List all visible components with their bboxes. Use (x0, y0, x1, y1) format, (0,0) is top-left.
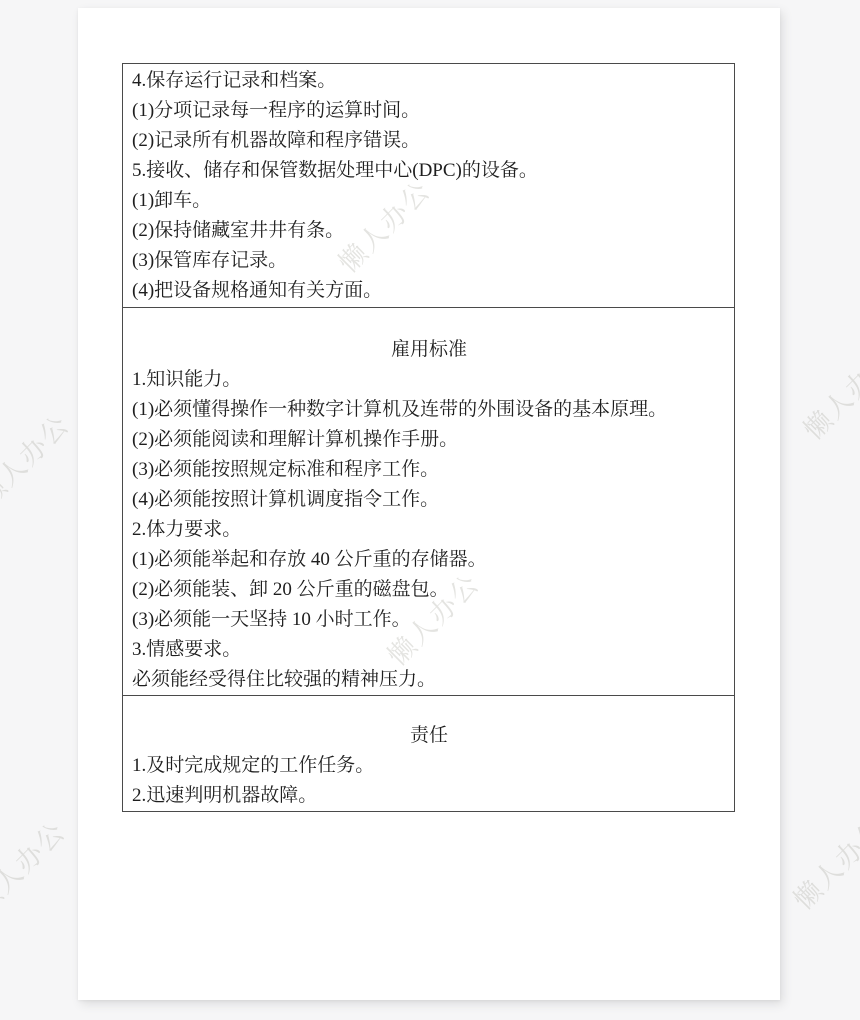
text-line: 2.体力要求。 (132, 515, 726, 545)
section-lines: 1.及时完成规定的工作任务。2.迅速判明机器故障。 (132, 751, 726, 811)
text-line: 必须能经受得住比较强的精神压力。 (132, 665, 726, 695)
document-page: 4.保存运行记录和档案。(1)分项记录每一程序的运算时间。(2)记录所有机器故障… (78, 8, 780, 1000)
text-line: (3)保管库存记录。 (132, 246, 726, 276)
text-line: 5.接收、储存和保管数据处理中心(DPC)的设备。 (132, 156, 726, 186)
section-duties-continued: 4.保存运行记录和档案。(1)分项记录每一程序的运算时间。(2)记录所有机器故障… (123, 64, 734, 307)
section-employment-standards: 雇用标准 1.知识能力。(1)必须懂得操作一种数字计算机及连带的外围设备的基本原… (123, 307, 734, 695)
text-line: (2)必须能阅读和理解计算机操作手册。 (132, 425, 726, 455)
text-line: (1)卸车。 (132, 186, 726, 216)
text-line: (3)必须能按照规定标准和程序工作。 (132, 455, 726, 485)
section-lines: 1.知识能力。(1)必须懂得操作一种数字计算机及连带的外围设备的基本原理。(2)… (132, 365, 726, 695)
text-line: 3.情感要求。 (132, 635, 726, 665)
text-line: (2)记录所有机器故障和程序错误。 (132, 126, 726, 156)
watermark: 懒人办公 (783, 807, 860, 917)
text-line: (1)必须懂得操作一种数字计算机及连带的外围设备的基本原理。 (132, 395, 726, 425)
text-line: 1.知识能力。 (132, 365, 726, 395)
text-line: (3)必须能一天坚持 10 小时工作。 (132, 605, 726, 635)
text-line: (1)分项记录每一程序的运算时间。 (132, 96, 726, 126)
text-line: 2.迅速判明机器故障。 (132, 781, 726, 811)
watermark: 懒人办公 (0, 404, 77, 514)
watermark: 懒人办公 (793, 337, 860, 447)
job-description-table: 4.保存运行记录和档案。(1)分项记录每一程序的运算时间。(2)记录所有机器故障… (122, 63, 735, 812)
text-line: (4)必须能按照计算机调度指令工作。 (132, 485, 726, 515)
section-heading-responsibilities: 责任 (132, 721, 726, 751)
section-responsibilities: 责任 1.及时完成规定的工作任务。2.迅速判明机器故障。 (123, 695, 734, 811)
text-line: (1)必须能举起和存放 40 公斤重的存储器。 (132, 545, 726, 575)
watermark: 懒人办公 (0, 811, 73, 921)
text-line: (2)必须能装、卸 20 公斤重的磁盘包。 (132, 575, 726, 605)
text-line: (2)保持储藏室井井有条。 (132, 216, 726, 246)
screenshot-canvas: 4.保存运行记录和档案。(1)分项记录每一程序的运算时间。(2)记录所有机器故障… (0, 0, 860, 1020)
text-line: 4.保存运行记录和档案。 (132, 66, 726, 96)
section-heading-employment-standards: 雇用标准 (132, 335, 726, 365)
text-line: 1.及时完成规定的工作任务。 (132, 751, 726, 781)
text-line: (4)把设备规格通知有关方面。 (132, 276, 726, 306)
